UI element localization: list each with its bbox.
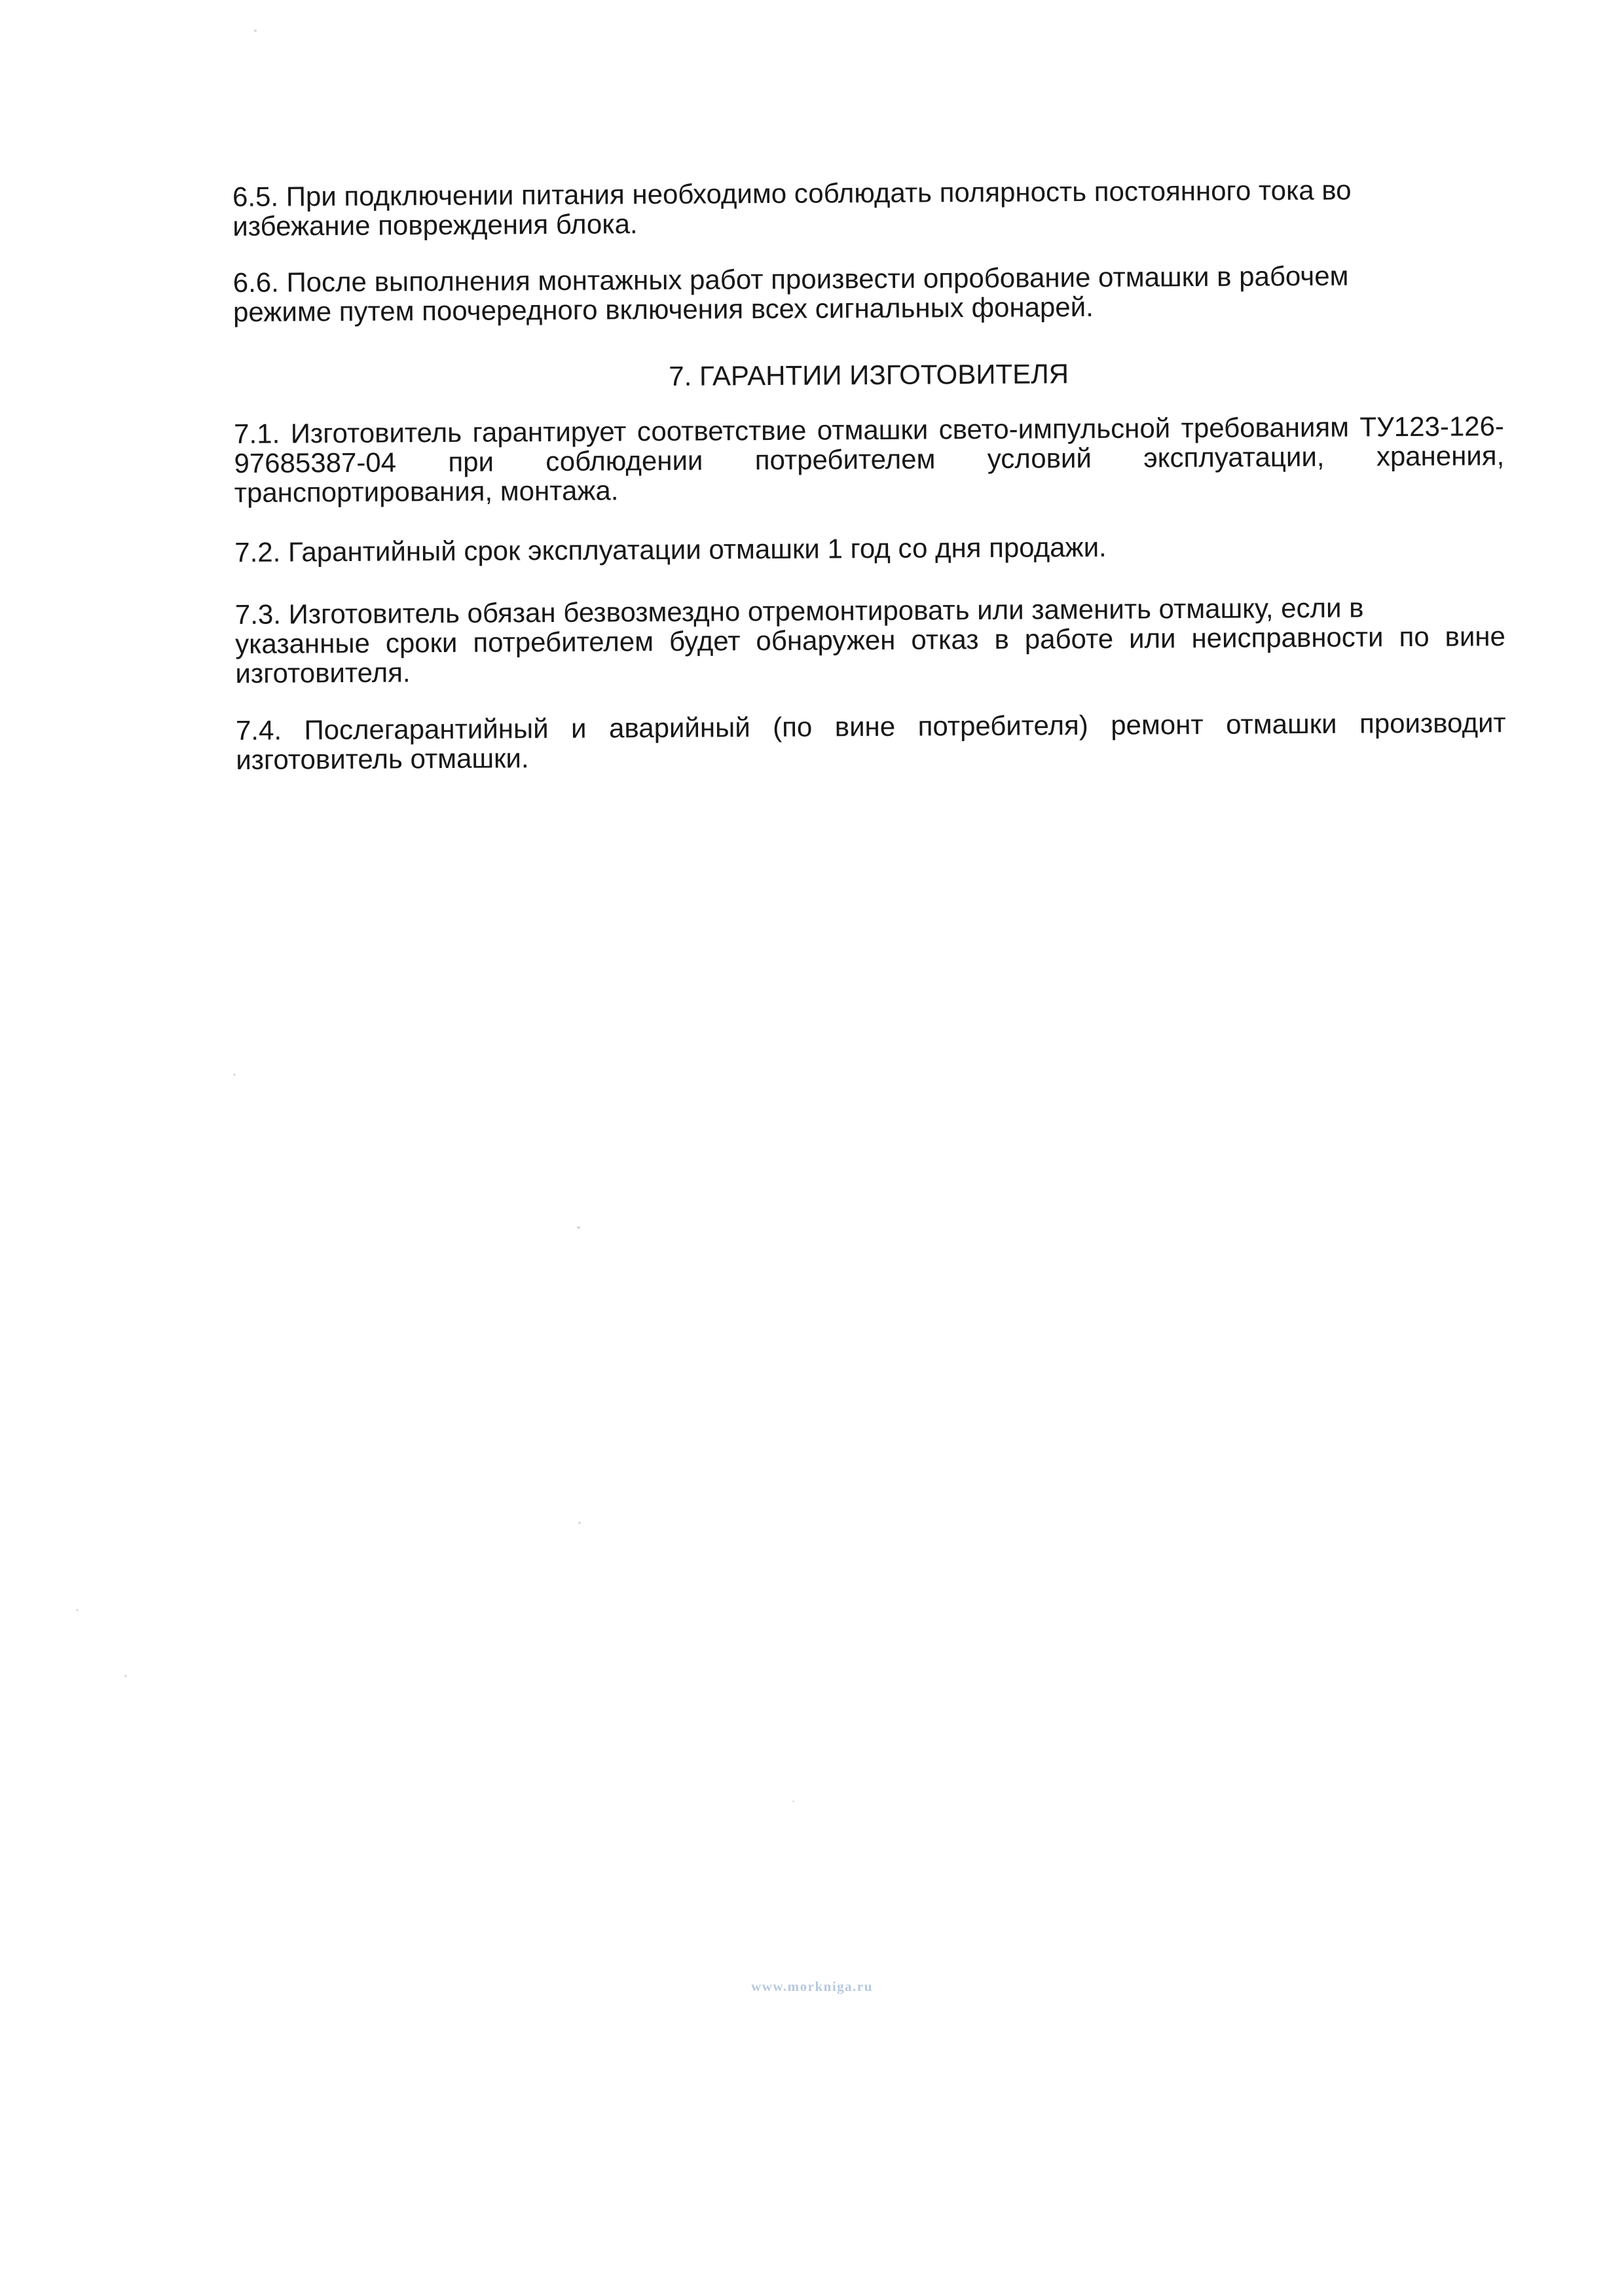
paragraph-7-2: 7.2. Гарантийный срок эксплуатации отмаш… [234, 530, 1505, 567]
text-line: избежание повреждения блока. [232, 204, 1503, 241]
paragraph-6-5: 6.5. При подключении питания необходимо … [232, 174, 1504, 241]
scan-speck [577, 1226, 580, 1229]
text-line: транспортирования, монтажа. [234, 470, 1505, 507]
scan-speck [76, 1609, 79, 1611]
paragraph-7-3: 7.3. Изготовитель обязан безвозмездно от… [235, 592, 1506, 688]
text-line: 7.2. Гарантийный срок эксплуатации отмаш… [234, 530, 1505, 567]
text-line: режиме путем поочередного включения всех… [233, 289, 1504, 327]
scan-speck [254, 29, 257, 32]
shop-watermark: www.morkniga.ru [0, 1978, 1624, 1995]
text-line: изготовитель отмашки. [236, 737, 1506, 774]
scanned-document-page: 6.5. При подключении питания необходимо … [0, 0, 1624, 2296]
scan-speck [124, 1675, 127, 1677]
document-text-block: 6.5. При подключении питания необходимо … [231, 0, 1515, 2296]
paragraph-7-4: 7.4. Послегарантийный и аварийный (по ви… [236, 708, 1507, 774]
scan-speck [792, 1800, 794, 1802]
section-7-heading: 7. ГАРАНТИИ ИЗГОТОВИТЕЛЯ [234, 356, 1504, 393]
paragraph-7-1: 7.1. Изготовитель гарантирует соответств… [234, 411, 1505, 507]
scan-speck [233, 1074, 236, 1076]
paragraph-6-6: 6.6. После выполнения монтажных работ пр… [233, 260, 1504, 327]
scan-speck [578, 1522, 581, 1524]
